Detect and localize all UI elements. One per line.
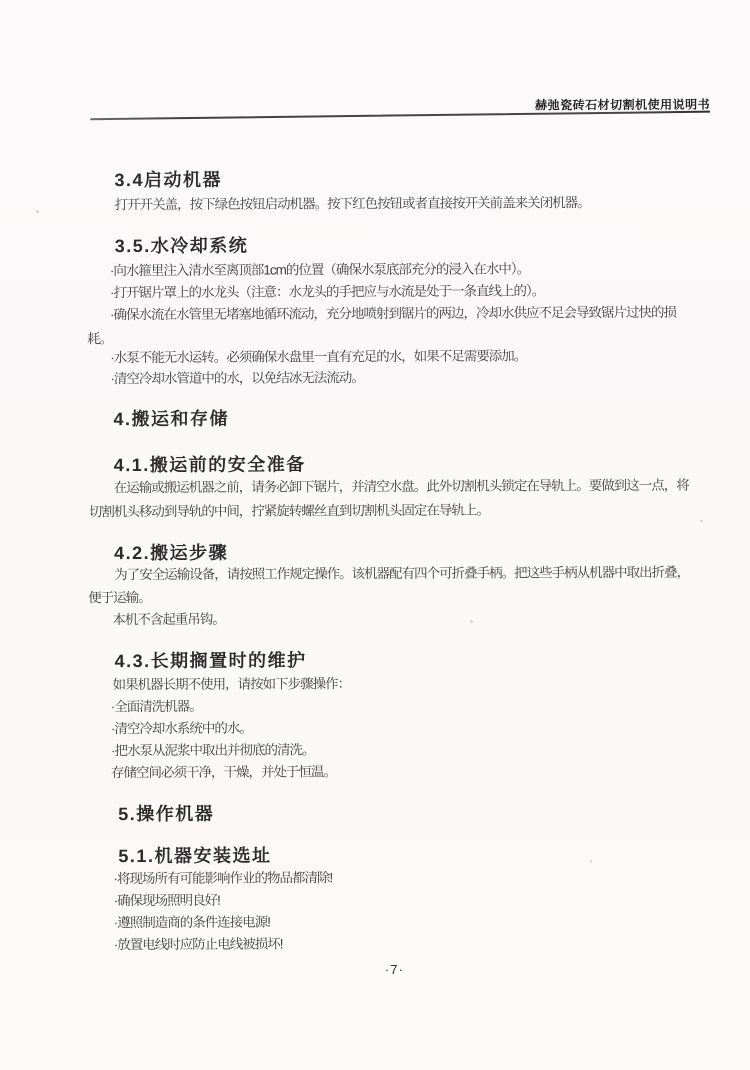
paragraph-line: 打开开关盖，按下绿色按钮启动机器。按下红色按钮或者直接按开关前盖来关闭机器。 (115, 191, 590, 213)
bullet-item: ·遵照制造商的条件连接电源! (114, 910, 270, 931)
paragraph-line: 在运输或搬运机器之前，请务必卸下锯片，并清空水盘。此外切割机头锁定在导轨上。要做… (114, 474, 689, 497)
section-heading-5-1: 5.1.机器安装选址 (118, 841, 271, 868)
bullet-item: ·确保水流在水管里无堵塞地循环流动，充分地喷射到锯片的两边，冷却水供应不足会导致… (110, 301, 676, 323)
section-heading-5: 5.操作机器 (118, 800, 214, 826)
bullet-item-continuation: 耗。 (87, 327, 112, 347)
paragraph-line: 如果机器长期不使用，请按如下步骤操作： (113, 672, 351, 693)
manual-page: 赫弛瓷砖石材切割机使用说明书 3.4启动机器 打开开关盖，按下绿色按钮启动机器。… (0, 0, 750, 1070)
header-rule (90, 111, 710, 121)
section-heading-4-2: 4.2.搬运步骤 (114, 539, 228, 565)
bullet-item: ·确保现场照明良好! (114, 889, 220, 909)
bullet-item: ·打开锯片罩上的水龙头（注意：水龙头的手把应与水流是处于一条直线上的）。 (110, 279, 544, 301)
paragraph-line: 便于运输。 (88, 586, 151, 606)
section-heading-3-4: 3.4启动机器 (114, 166, 222, 192)
bullet-item: ·放置电线时应防止电线被损坏! (114, 932, 283, 953)
page-content: 赫弛瓷砖石材切割机使用说明书 3.4启动机器 打开开关盖，按下绿色按钮启动机器。… (0, 0, 750, 1070)
paragraph-line: 本机不含起重吊钩。 (112, 608, 225, 628)
section-heading-4-1: 4.1.搬运前的安全准备 (114, 450, 306, 477)
bullet-item: ·将现场所有可能影响作业的物品都清除! (113, 866, 332, 887)
paragraph-line: 存储空间必须干净，干燥，并处于恒温。 (111, 760, 336, 781)
bullet-item: ·把水泵从泥浆中取出并彻底的清洗。 (111, 738, 315, 759)
bullet-item: ·向水箍里注入清水至离顶部1cm的位置（确保水泵底部充分的浸入在水中）。 (110, 257, 529, 279)
section-heading-3-5: 3.5.水冷却系统 (115, 232, 249, 259)
section-heading-4-3: 4.3.长期搁置时的维护 (114, 646, 306, 673)
paragraph-line: 切割机头移动到导轨的中间，拧紧旋转螺丝直到切割机头固定在导轨上。 (89, 499, 489, 521)
paragraph-line: 为了安全运输设备，请按照工作规定操作。该机器配有四个可折叠手柄。把这些手柄从机器… (114, 561, 689, 584)
bullet-item: ·全面清洗机器。 (111, 695, 202, 715)
bullet-item: ·清空冷却水管道中的水，以免结冰无法流动。 (110, 366, 364, 387)
bullet-item: ·清空冷却水系统中的水。 (111, 717, 252, 738)
section-heading-4: 4.搬运和存储 (113, 405, 229, 432)
page-number: ·7· (385, 962, 404, 977)
bullet-item: ·水泵不能无水运转。必须确保水盘里一直有充足的水，如果不足需要添加。 (110, 344, 526, 366)
